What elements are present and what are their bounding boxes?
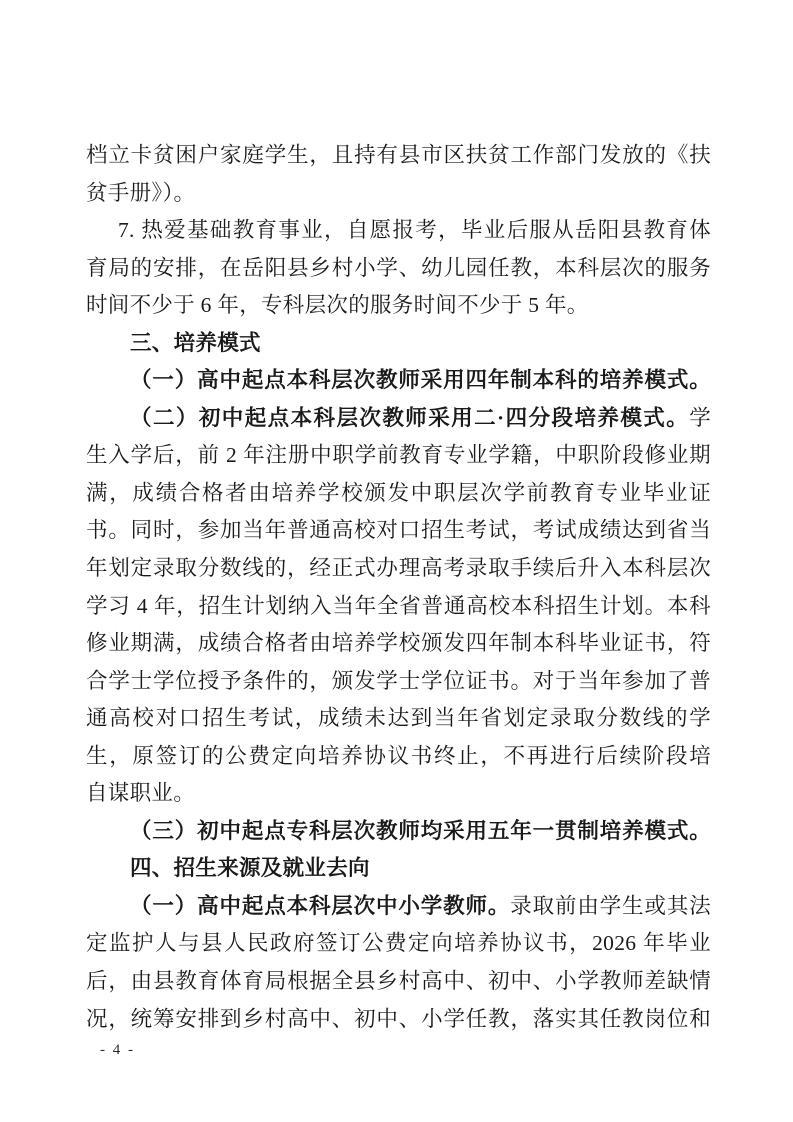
text-line: 生，原签订的公费定向培养协议书终止，不再进行后续阶段培养，: [86, 738, 711, 776]
body-text: 学: [689, 406, 711, 430]
body-text: 育局的安排，在岳阳县乡村小学、幼儿园任教，本科层次的服务: [86, 256, 711, 280]
emphasis-text: （二）初中起点本科层次教师采用二·四分段培养模式。: [130, 406, 689, 430]
text-line: 育局的安排，在岳阳县乡村小学、幼儿园任教，本科层次的服务: [86, 250, 711, 288]
body-text: 书。同时，参加当年普通高校对口招生考试，考试成绩达到省当: [86, 518, 711, 542]
body-text: 时间不少于 6 年，专科层次的服务时间不少于 5 年。: [86, 293, 589, 317]
document-body: 档立卡贫困户家庭学生，且持有县市区扶贫工作部门发放的《扶贫手册》）。7. 热爱基…: [86, 137, 711, 1038]
text-line: 通高校对口招生考试，成绩未达到当年省划定录取分数线的学: [86, 700, 711, 738]
document-page: 档立卡贫困户家庭学生，且持有县市区扶贫工作部门发放的《扶贫手册》）。7. 热爱基…: [0, 0, 793, 1122]
emphasis-text: 三、培养模式: [130, 331, 261, 355]
text-line: 修业期满，成绩合格者由培养学校颁发四年制本科毕业证书，符: [86, 625, 711, 663]
body-text: 通高校对口招生考试，成绩未达到当年省划定录取分数线的学: [86, 706, 711, 730]
text-line: （一）高中起点本科层次教师采用四年制本科的培养模式。: [86, 362, 711, 400]
text-line: 自谋职业。: [86, 775, 711, 813]
section-heading: 四、招生来源及就业去向: [86, 850, 711, 888]
body-text: 档立卡贫困户家庭学生，且持有县市区扶贫工作部门发放的《扶: [86, 143, 711, 167]
body-text: 7. 热爱基础教育事业，自愿报考，毕业后服从岳阳县教育体: [118, 218, 711, 242]
body-text: 况，统筹安排到乡村高中、初中、小学任教，落实其任教岗位和: [86, 1007, 711, 1031]
text-line: （一）高中起点本科层次中小学教师。录取前由学生或其法: [86, 888, 711, 926]
body-text: 修业期满，成绩合格者由培养学校颁发四年制本科毕业证书，符: [86, 631, 711, 655]
text-line: 学习 4 年，招生计划纳入当年全省普通高校本科招生计划。本科: [86, 588, 711, 626]
emphasis-text: （一）高中起点本科层次中小学教师。: [130, 894, 510, 918]
body-text: 年划定录取分数线的，经正式办理高考录取手续后升入本科层次: [86, 556, 711, 580]
text-line: （三）初中起点专科层次教师均采用五年一贯制培养模式。: [86, 813, 711, 851]
text-line: 档立卡贫困户家庭学生，且持有县市区扶贫工作部门发放的《扶: [86, 137, 711, 175]
text-line: 年划定录取分数线的，经正式办理高考录取手续后升入本科层次: [86, 550, 711, 588]
body-text: 生，原签订的公费定向培养协议书终止，不再进行后续阶段培养，: [86, 744, 711, 776]
text-line: 况，统筹安排到乡村高中、初中、小学任教，落实其任教岗位和: [86, 1001, 711, 1039]
emphasis-text: （一）高中起点本科层次教师采用四年制本科的培养模式。: [130, 368, 711, 392]
text-line: 定监护人与县人民政府签订公费定向培养协议书，2026 年毕业: [86, 925, 711, 963]
text-line: 7. 热爱基础教育事业，自愿报考，毕业后服从岳阳县教育体: [86, 212, 711, 250]
text-line: 时间不少于 6 年，专科层次的服务时间不少于 5 年。: [86, 287, 711, 325]
body-text: 贫手册》）。: [86, 181, 195, 205]
text-line: 贫手册》）。: [86, 175, 711, 213]
text-line: 书。同时，参加当年普通高校对口招生考试，考试成绩达到省当: [86, 512, 711, 550]
body-text: 生入学后，前 2 年注册中职学前教育专业学籍，中职阶段修业期: [86, 443, 711, 467]
body-text: 合学士学位授予条件的，颁发学士学位证书。对于当年参加了普: [86, 669, 711, 693]
body-text: 录取前由学生或其法: [510, 894, 711, 918]
emphasis-text: 四、招生来源及就业去向: [130, 856, 370, 880]
emphasis-text: （三）初中起点专科层次教师均采用五年一贯制培养模式。: [130, 819, 711, 843]
text-line: 满，成绩合格者由培养学校颁发中职层次学前教育专业毕业证: [86, 475, 711, 513]
text-line: 生入学后，前 2 年注册中职学前教育专业学籍，中职阶段修业期: [86, 437, 711, 475]
text-line: （二）初中起点本科层次教师采用二·四分段培养模式。学: [86, 400, 711, 438]
text-line: 后，由县教育体育局根据全县乡村高中、初中、小学教师差缺情: [86, 963, 711, 1001]
body-text: 学习 4 年，招生计划纳入当年全省普通高校本科招生计划。本科: [86, 594, 711, 618]
section-heading: 三、培养模式: [86, 325, 711, 363]
body-text: 后，由县教育体育局根据全县乡村高中、初中、小学教师差缺情: [86, 969, 711, 993]
text-line: 合学士学位授予条件的，颁发学士学位证书。对于当年参加了普: [86, 663, 711, 701]
body-text: 定监护人与县人民政府签订公费定向培养协议书，2026 年毕业: [86, 931, 711, 955]
page-number: - 4 -: [100, 1040, 135, 1060]
body-text: 自谋职业。: [86, 781, 195, 805]
body-text: 满，成绩合格者由培养学校颁发中职层次学前教育专业毕业证: [86, 481, 711, 505]
